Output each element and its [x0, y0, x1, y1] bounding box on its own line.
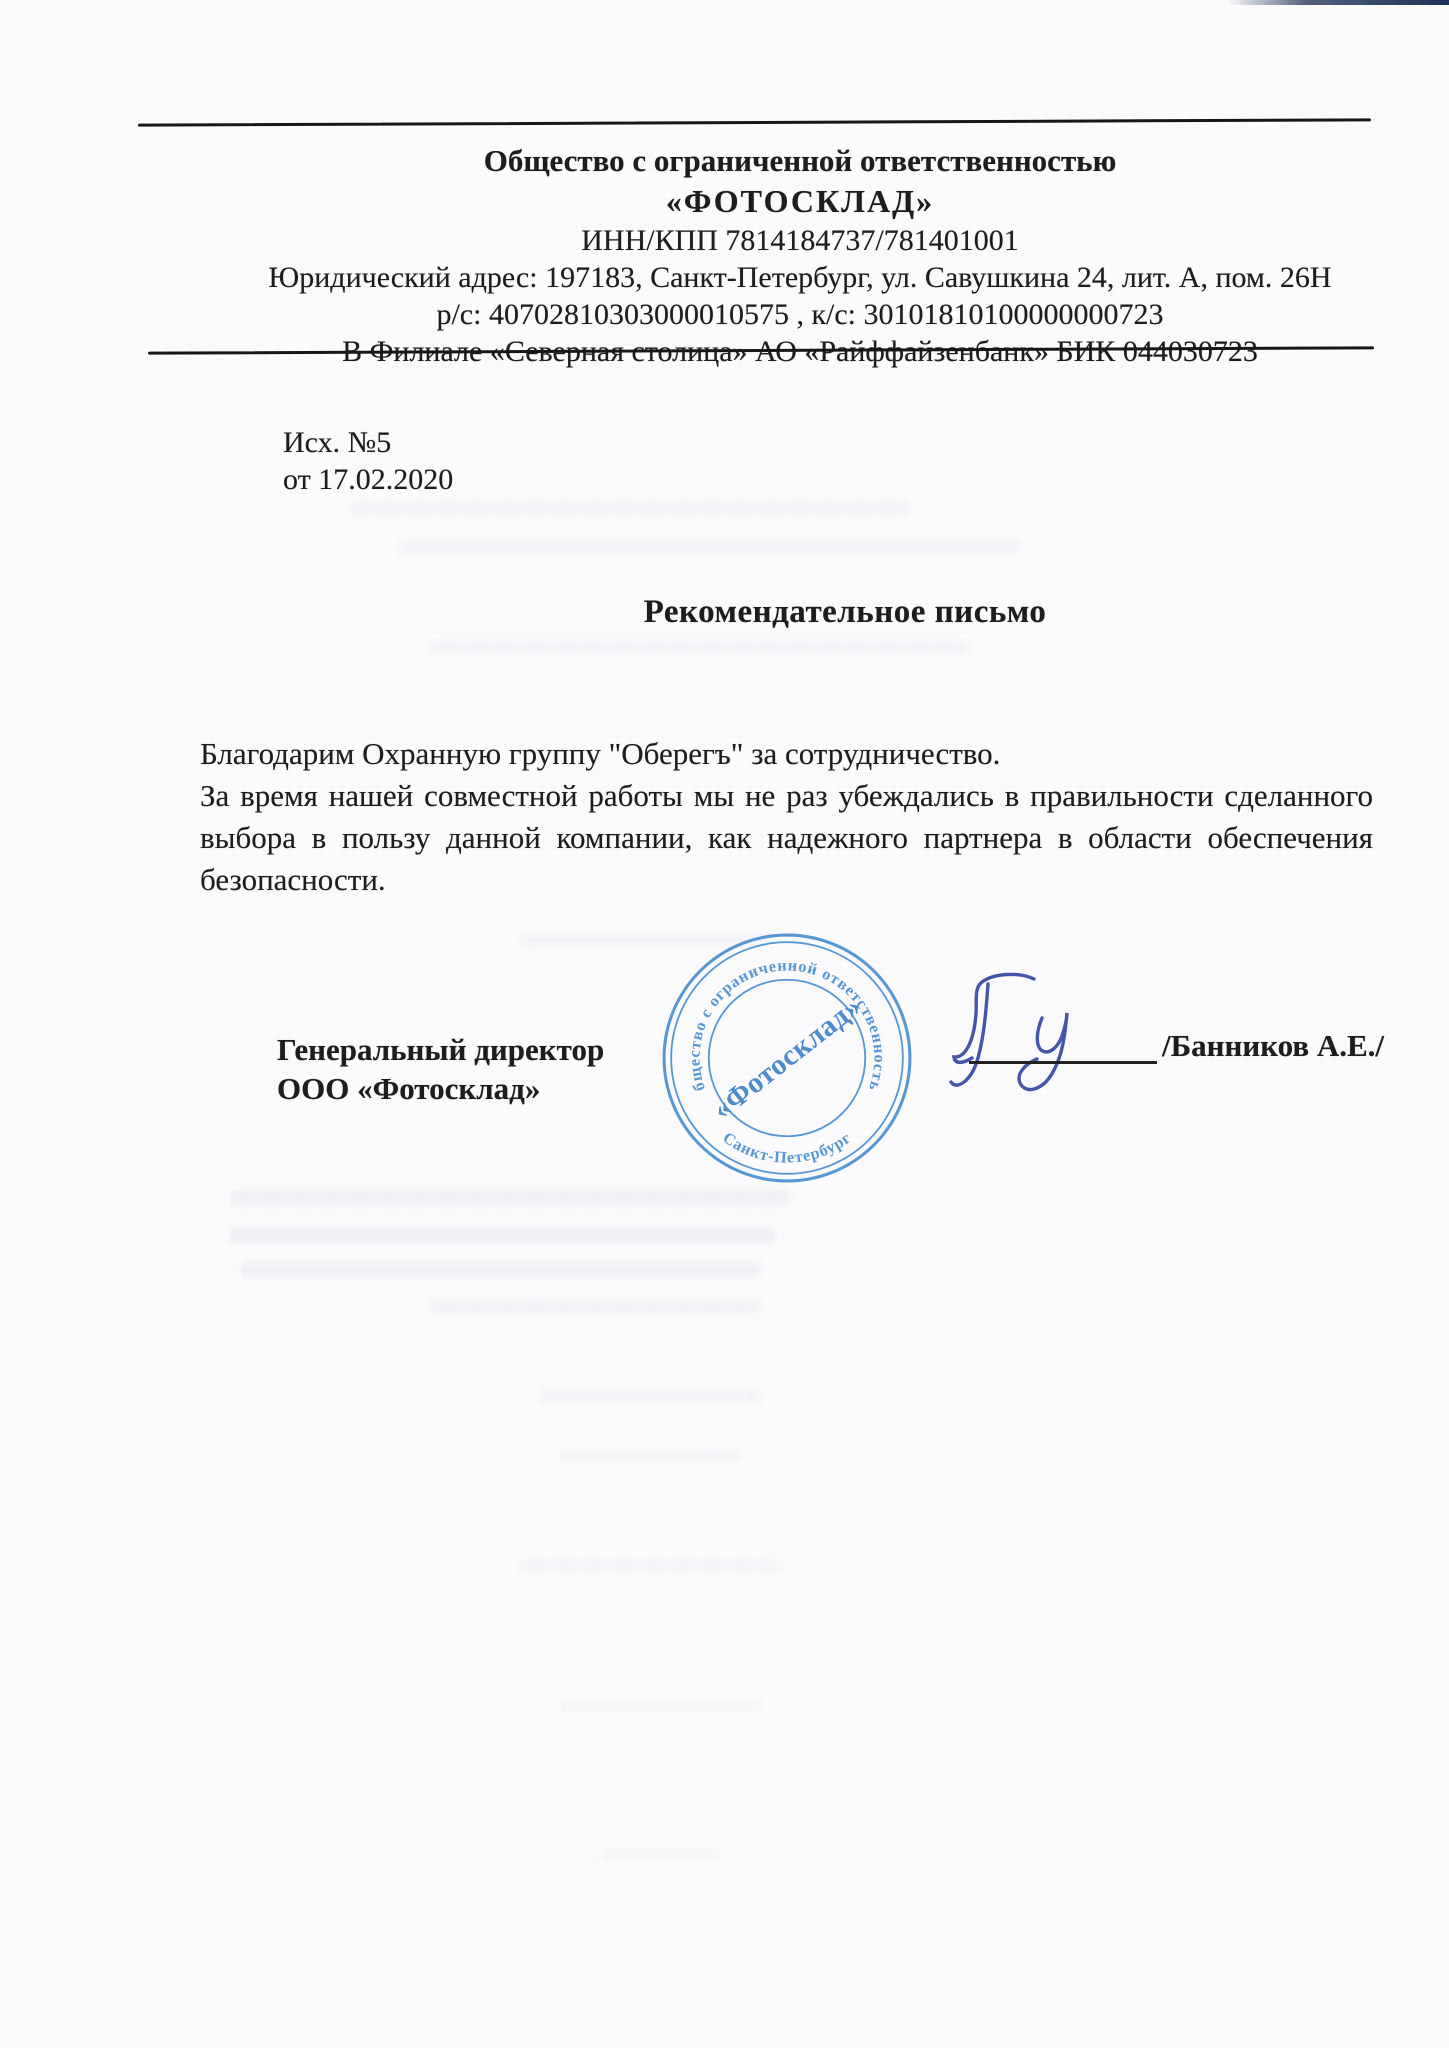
signer-name: /Банников А.Е./ [1162, 1028, 1384, 1064]
outgoing-number: Исх. №5 [283, 424, 453, 461]
bleed-through-smudge [230, 1228, 775, 1243]
body-line: безопасности. [200, 859, 1373, 901]
bleed-through-smudge [560, 1450, 740, 1461]
bleed-through-smudge [230, 1190, 790, 1206]
handwritten-signature [944, 962, 1124, 1102]
bleed-through-smudge [540, 1390, 760, 1402]
signer-position-line: Генеральный директор [277, 1030, 604, 1069]
outgoing-date: от 17.02.2020 [283, 461, 453, 498]
signature-line [969, 1061, 1157, 1064]
company-form-line: Общество с ограниченной ответственностью [180, 140, 1420, 181]
signer-position: Генеральный директор ООО «Фотосклад» [277, 1030, 604, 1108]
company-stamp: Общество с ограниченной ответственностью… [660, 931, 914, 1185]
bleed-through-smudge [400, 540, 1020, 554]
stamp-center-text: «Фотосклад» [706, 990, 867, 1126]
letterhead-top-rule [138, 118, 1371, 126]
body-line: Благодарим Охранную группу "Оберегъ" за … [200, 733, 1373, 775]
body-line: За время нашей совместной работы мы не р… [200, 775, 1373, 817]
document-title: Рекомендательное письмо [575, 594, 1115, 631]
scanned-letter-page: Общество с ограниченной ответственностью… [0, 0, 1449, 2048]
bleed-through-smudge [520, 935, 760, 947]
letterhead: Общество с ограниченной ответственностью… [180, 140, 1420, 370]
signer-position-line: ООО «Фотосклад» [277, 1069, 604, 1108]
company-name-line: «ФОТОСКЛАД» [180, 181, 1420, 222]
bank-accounts-line: р/с: 40702810303000010575 , к/с: 3010181… [180, 296, 1420, 333]
bleed-through-smudge [560, 1700, 760, 1711]
bleed-through-smudge [240, 1262, 760, 1277]
body-line: выбора в пользу данной компании, как над… [200, 817, 1373, 859]
bleed-through-smudge [600, 1850, 720, 1860]
legal-address-line: Юридический адрес: 197183, Санкт-Петербу… [180, 259, 1420, 296]
outgoing-reference: Исх. №5 от 17.02.2020 [283, 424, 453, 498]
scan-edge-artifact [1228, 0, 1449, 5]
inn-kpp-line: ИНН/КПП 7814184737/781401001 [180, 222, 1420, 259]
bleed-through-smudge [430, 1300, 760, 1313]
bleed-through-smudge [350, 500, 910, 516]
bleed-through-smudge [430, 640, 970, 654]
bleed-through-smudge [520, 1560, 780, 1572]
letter-body: Благодарим Охранную группу "Оберегъ" за … [200, 733, 1373, 901]
